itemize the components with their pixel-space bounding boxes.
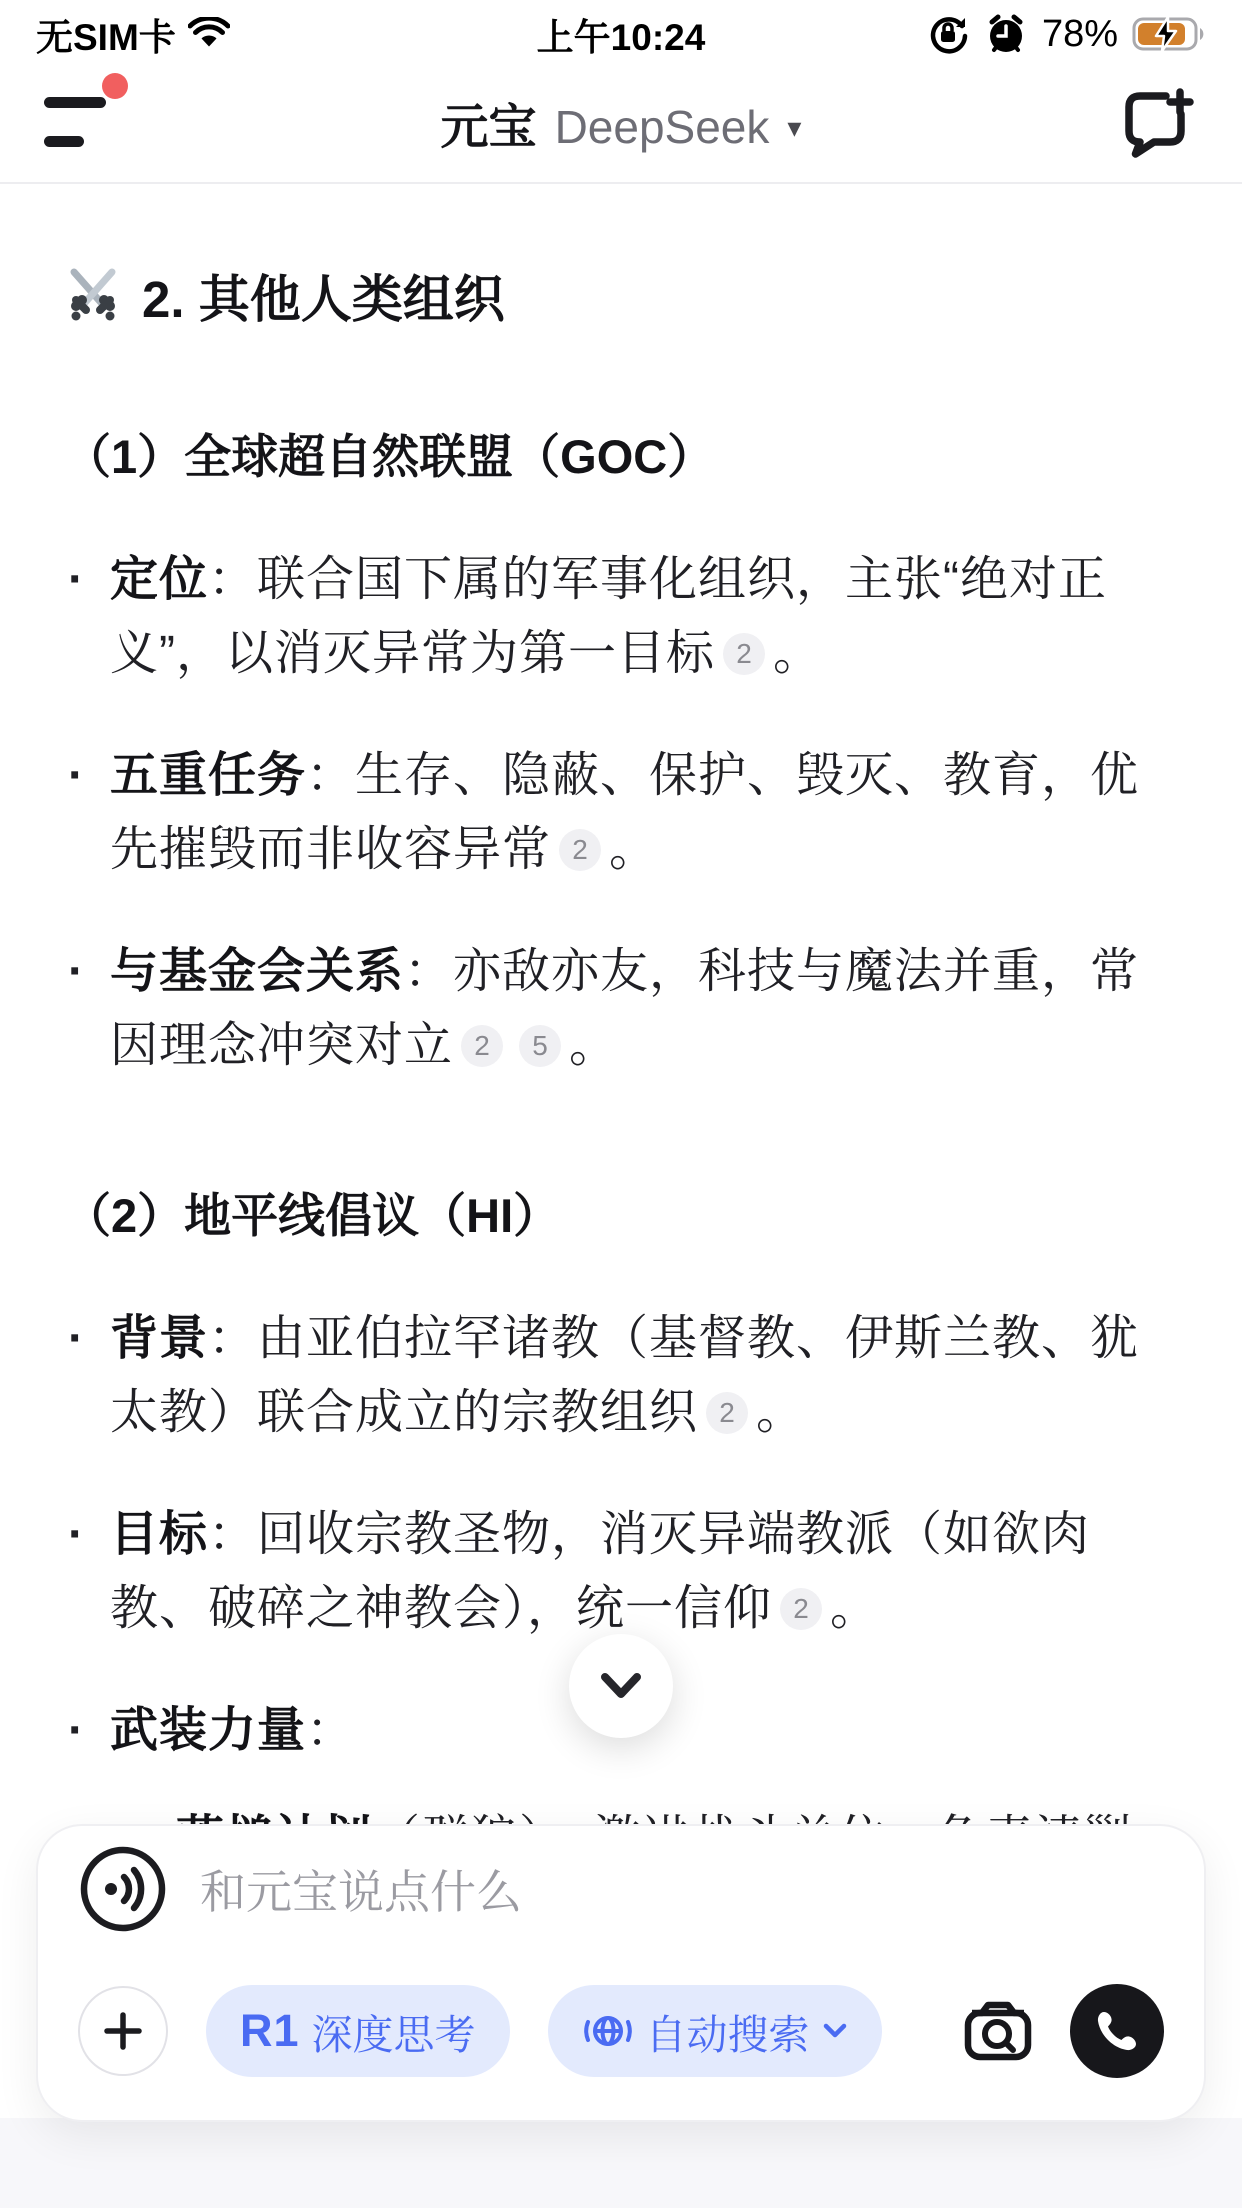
bullet-label: 背景 bbox=[110, 1312, 208, 1365]
bullet-item: ·五重任务：生存、隐蔽、保护、毁灭、教育，优先摧毁而非收容异常2。 bbox=[64, 739, 1188, 887]
section-heading: 2. 其他人类组织 bbox=[64, 258, 1188, 332]
new-chat-icon bbox=[1118, 84, 1194, 160]
chevron-down-icon bbox=[822, 2022, 848, 2040]
scroll-to-bottom-button[interactable] bbox=[569, 1634, 673, 1738]
bottom-background bbox=[0, 2118, 1242, 2208]
citation-badge[interactable]: 2 bbox=[559, 829, 601, 871]
r1-logo: R1 bbox=[240, 2005, 300, 2057]
carrier-label: 无SIM卡 bbox=[36, 7, 176, 61]
bullet-text: ：联合国下属的军事化组织，主张“绝对正义”，以消灭异常为第一目标 bbox=[110, 553, 1107, 680]
menu-icon bbox=[44, 97, 106, 108]
crossed-swords-icon bbox=[64, 266, 122, 324]
bullet-item: ·定位：联合国下属的军事化组织，主张“绝对正义”，以消灭异常为第一目标2。 bbox=[64, 543, 1188, 691]
wifi-icon bbox=[188, 17, 230, 51]
camera-search-icon bbox=[958, 1991, 1038, 2071]
alarm-icon bbox=[984, 12, 1028, 56]
bullet-item: ·目标：回收宗教圣物，消灭异端教派（如欲肉教、破碎之神教会），统一信仰2。 bbox=[64, 1498, 1188, 1646]
bullet-item: ·与基金会关系：亦敌亦友，科技与魔法并重，常因理念冲突对立25。 bbox=[64, 935, 1188, 1083]
section-title: 2. 其他人类组织 bbox=[142, 258, 505, 332]
bullet-label: 五重任务 bbox=[110, 749, 306, 802]
rotation-lock-icon bbox=[926, 12, 970, 56]
bullet-label: 与基金会关系 bbox=[110, 945, 404, 998]
camera-search-button[interactable] bbox=[952, 1985, 1044, 2077]
model-selector[interactable]: 元宝 DeepSeek ▾ bbox=[0, 88, 1242, 157]
battery-charging-icon bbox=[1132, 15, 1206, 53]
header: 元宝 DeepSeek ▾ bbox=[0, 62, 1242, 184]
citation-badge[interactable]: 2 bbox=[461, 1025, 503, 1067]
deep-think-chip[interactable]: R1 深度思考 bbox=[206, 1985, 510, 2077]
bullet-label: 定位 bbox=[110, 553, 208, 606]
input-toolbar: R1 深度思考 自动搜索 bbox=[78, 1984, 1164, 2078]
voice-call-button[interactable] bbox=[1070, 1984, 1164, 2078]
citation-badge[interactable]: 5 bbox=[519, 1025, 561, 1067]
citation-badge[interactable]: 2 bbox=[723, 633, 765, 675]
subsection-1-title: （1）全球超自然联盟（GOC） bbox=[64, 420, 1188, 487]
bullet-label: 目标 bbox=[110, 1508, 208, 1561]
menu-button[interactable] bbox=[44, 77, 134, 167]
chat-input-card: 和元宝说点什么 R1 深度思考 bbox=[36, 1824, 1206, 2122]
notification-dot bbox=[102, 73, 128, 99]
chevron-down-icon: ▾ bbox=[787, 111, 801, 144]
subsection-2-title: （2）地平线倡议（HI） bbox=[64, 1179, 1188, 1246]
plus-icon bbox=[103, 2011, 143, 2051]
new-chat-button[interactable] bbox=[1114, 80, 1198, 164]
model-name: DeepSeek bbox=[555, 100, 770, 154]
chevron-down-icon bbox=[599, 1671, 643, 1701]
citation-badge[interactable]: 2 bbox=[780, 1588, 822, 1630]
phone-call-icon bbox=[1094, 2008, 1140, 2054]
bullet-text: ： bbox=[306, 1704, 355, 1757]
globe-icon bbox=[582, 2005, 634, 2057]
bullet-item: ·背景：由亚伯拉罕诸教（基督教、伊斯兰教、犹太教）联合成立的宗教组织2。 bbox=[64, 1302, 1188, 1450]
bullet-text: ：回收宗教圣物，消灭异端教派（如欲肉教、破碎之神教会），统一信仰 bbox=[110, 1508, 1090, 1635]
voice-wave-icon[interactable] bbox=[78, 1844, 168, 1934]
yuanbao-app-screen: 无SIM卡 上午10:24 bbox=[0, 0, 1242, 2208]
chat-input[interactable]: 和元宝说点什么 bbox=[78, 1844, 1164, 1934]
app-title: 元宝 bbox=[441, 88, 537, 157]
citation-badge[interactable]: 2 bbox=[706, 1392, 748, 1434]
add-attachment-button[interactable] bbox=[78, 1986, 168, 2076]
auto-search-chip[interactable]: 自动搜索 bbox=[548, 1985, 882, 2077]
battery-percent: 78% bbox=[1042, 13, 1118, 56]
input-placeholder: 和元宝说点什么 bbox=[200, 1856, 522, 1922]
bullet-label: 武装力量 bbox=[110, 1704, 306, 1757]
status-bar: 无SIM卡 上午10:24 bbox=[0, 0, 1242, 62]
bullet-text: ：由亚伯拉罕诸教（基督教、伊斯兰教、犹太教）联合成立的宗教组织 bbox=[110, 1312, 1139, 1439]
